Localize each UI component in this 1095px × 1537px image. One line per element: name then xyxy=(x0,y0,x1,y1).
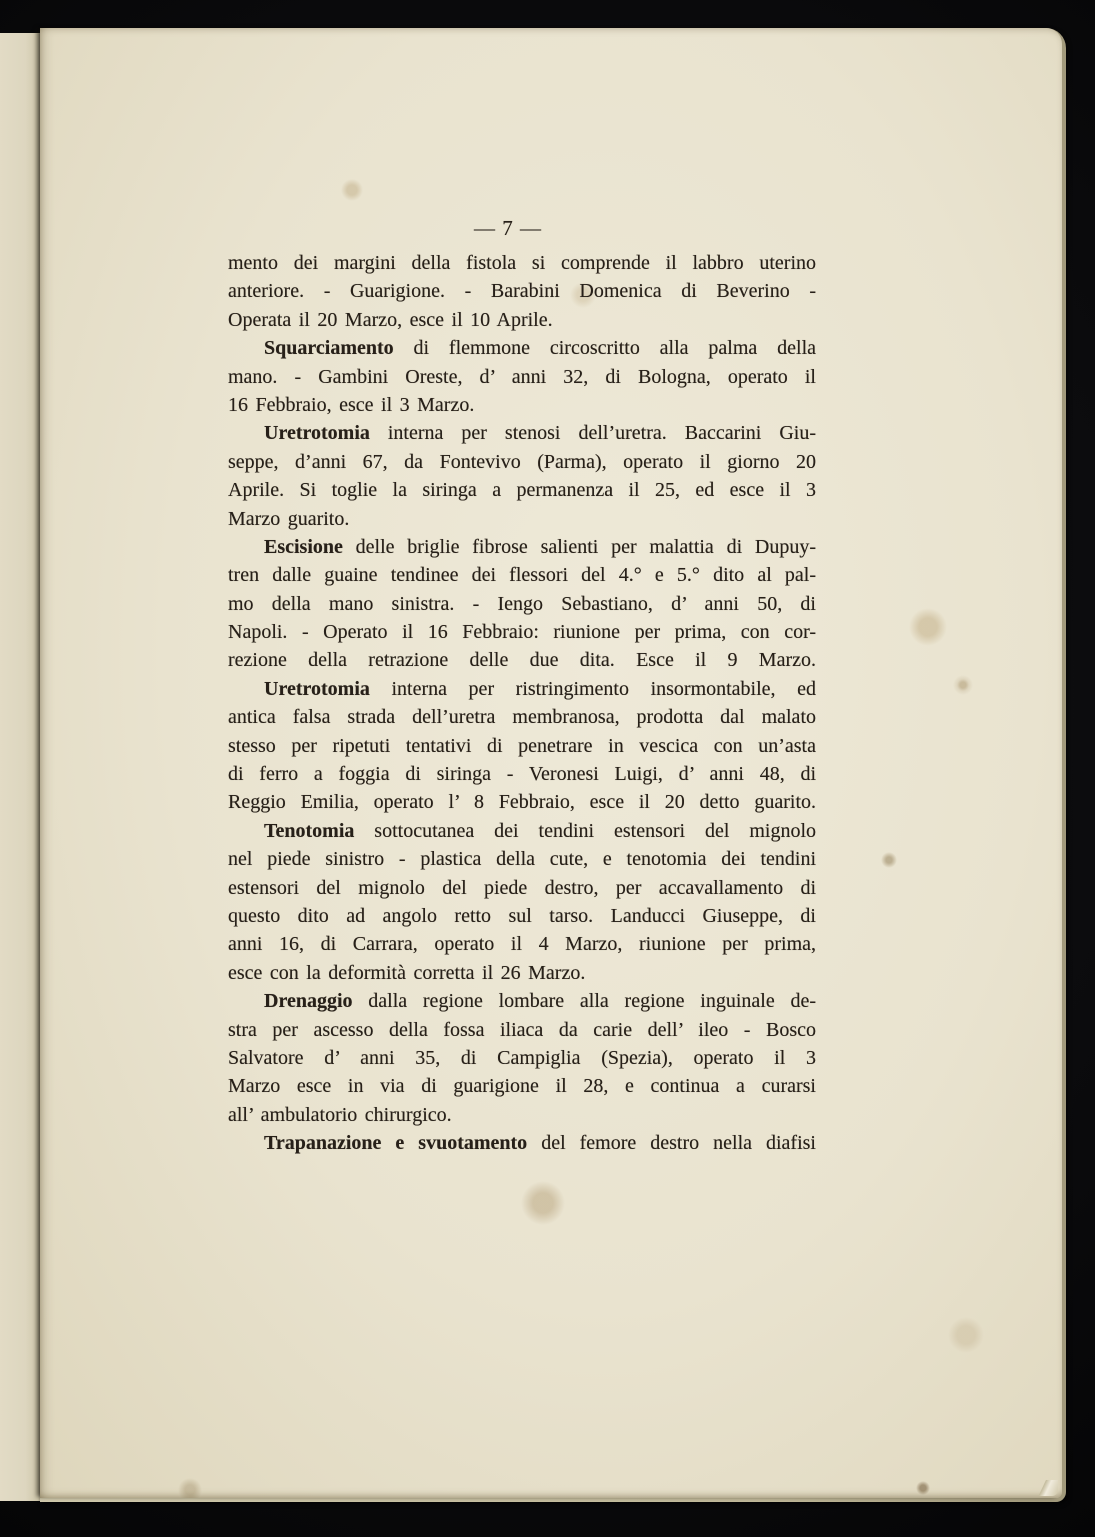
text-line: estensori del mignolo del piede destro, … xyxy=(228,874,816,902)
text-line: Napoli. - Operato il 16 Febbraio: riunio… xyxy=(228,618,816,646)
text-line: anteriore. - Guarigione. - Barabini Dome… xyxy=(228,277,816,305)
text-line: Marzo guarito. xyxy=(228,505,816,533)
text-line: Tenotomia sottocutanea dei tendini esten… xyxy=(228,817,816,845)
text-line: tren dalle guaine tendinee dei flessori … xyxy=(228,561,816,589)
scan-background: — 7 — mento dei margini della fistola si… xyxy=(0,0,1095,1537)
page-fold-corner xyxy=(1030,1480,1058,1496)
text-line: di ferro a foggia di siringa - Veronesi … xyxy=(228,760,816,788)
lead-term: Uretrotomia xyxy=(264,678,370,700)
text-line: Operata il 20 Marzo, esce il 10 Aprile. xyxy=(228,306,816,334)
text-line: stra per ascesso della fossa iliaca da c… xyxy=(228,1016,816,1044)
page-number: — 7 — xyxy=(228,214,816,242)
text-line: anni 16, di Carrara, operato il 4 Marzo,… xyxy=(228,930,816,958)
lead-term: Squarciamento xyxy=(264,337,394,359)
lead-term: Tenotomia xyxy=(264,820,354,842)
text-line: Aprile. Si toglie la siringa a permanenz… xyxy=(228,476,816,504)
text-line: antica falsa strada dell’uretra membrano… xyxy=(228,703,816,731)
text-line: Uretrotomia interna per stenosi dell’ure… xyxy=(228,419,816,447)
text-line: mo della mano sinistra. - Iengo Sebastia… xyxy=(228,590,816,618)
text-line: Marzo esce in via di guarigione il 28, e… xyxy=(228,1072,816,1100)
lead-term: Drenaggio xyxy=(264,990,353,1012)
text-line: nel piede sinistro - plastica della cute… xyxy=(228,845,816,873)
text-line: rezione della retrazione delle due dita.… xyxy=(228,646,816,674)
text-line: mano. - Gambini Oreste, d’ anni 32, di B… xyxy=(228,363,816,391)
text-line: 16 Febbraio, esce il 3 Marzo. xyxy=(228,391,816,419)
text-line: Escisione delle briglie fibrose salienti… xyxy=(228,533,816,561)
text-body: — 7 — mento dei margini della fistola si… xyxy=(228,214,816,1158)
text-line: questo dito ad angolo retto sul tarso. L… xyxy=(228,902,816,930)
text-line: Squarciamento di flemmone circoscritto a… xyxy=(228,334,816,362)
text-line: Uretrotomia interna per ristringimento i… xyxy=(228,675,816,703)
text-line: stesso per ripetuti tentativi di penetra… xyxy=(228,732,816,760)
text-line: Salvatore d’ anni 35, di Campiglia (Spez… xyxy=(228,1044,816,1072)
text-line: Reggio Emilia, operato l’ 8 Febbraio, es… xyxy=(228,788,816,816)
lead-term: Escisione xyxy=(264,536,343,558)
text-line: Drenaggio dalla regione lombare alla reg… xyxy=(228,987,816,1015)
text-line: esce con la deformità corretta il 26 Mar… xyxy=(228,959,816,987)
text-line: all’ ambulatorio chirurgico. xyxy=(228,1101,816,1129)
lead-term: Trapanazione e svuotamento xyxy=(264,1132,527,1154)
text-line: seppe, d’anni 67, da Fontevivo (Parma), … xyxy=(228,448,816,476)
text-line: Trapanazione e svuotamento del femore de… xyxy=(228,1129,816,1157)
book-page: — 7 — mento dei margini della fistola si… xyxy=(40,28,1062,1498)
text-line: mento dei margini della fistola si compr… xyxy=(228,249,816,277)
lead-term: Uretrotomia xyxy=(264,422,370,444)
